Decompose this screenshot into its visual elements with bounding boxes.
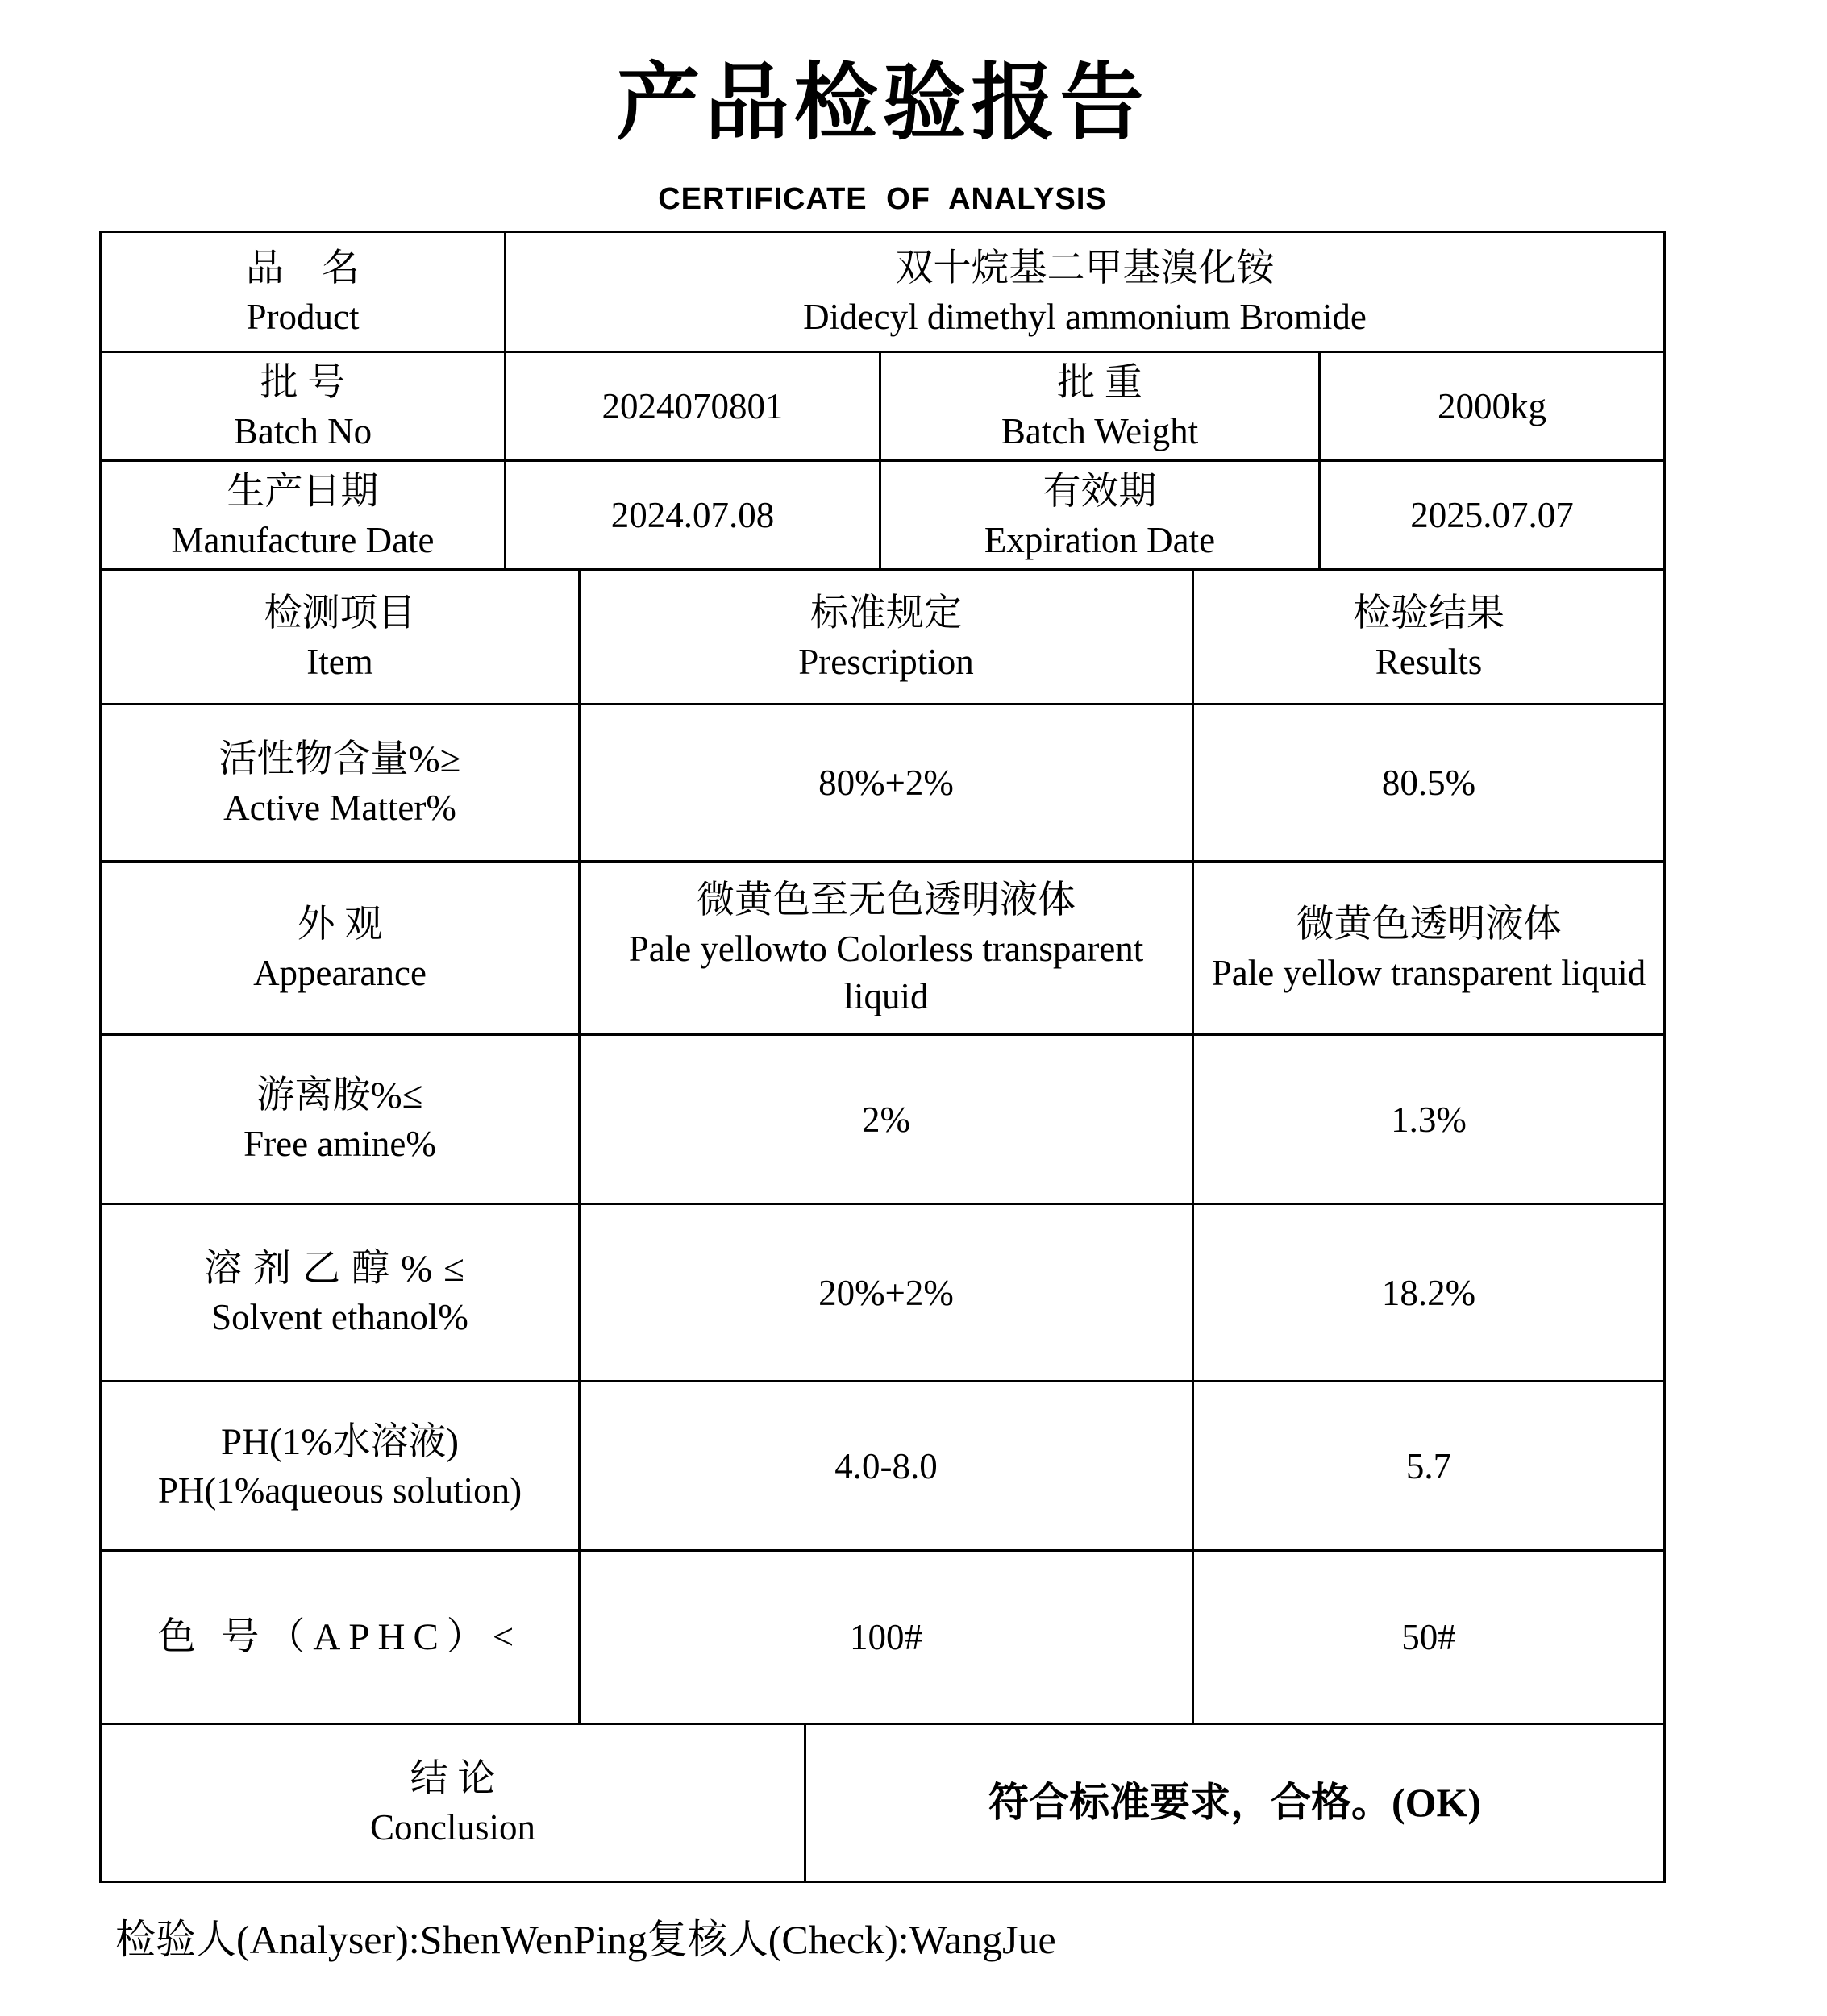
free-amine-label-cell: 游离胺%≤ Free amine% bbox=[102, 1036, 581, 1203]
conclusion-label-cell: 结 论 Conclusion bbox=[102, 1725, 806, 1881]
appearance-label-en: Appearance bbox=[253, 950, 427, 997]
solvent-ethanol-result: 18.2% bbox=[1382, 1270, 1475, 1317]
color-number-label-cell: 色 号（APHC）< bbox=[102, 1552, 581, 1723]
expiration-date-label-zh: 有效期 bbox=[1043, 468, 1157, 517]
certificate-page: 产品检验报告 CERTIFICATE OF ANALYSIS 品 名 Produ… bbox=[0, 0, 1827, 2016]
color-number-result-cell: 50# bbox=[1194, 1552, 1663, 1723]
manufacture-date-label-zh: 生产日期 bbox=[227, 468, 379, 517]
conclusion-value-cell: 符合标准要求，合格。(OK) bbox=[806, 1725, 1663, 1881]
active-matter-label-zh: 活性物含量%≥ bbox=[219, 735, 461, 784]
product-row: 品 名 Product 双十烷基二甲基溴化铵 Didecyl dimethyl … bbox=[102, 233, 1663, 353]
results-header-row: 检测项目 Item 标准规定 Prescription 检验结果 Results bbox=[102, 571, 1663, 705]
active-matter-result-cell: 80.5% bbox=[1194, 705, 1663, 860]
batch-weight-label-cell: 批 重 Batch Weight bbox=[881, 353, 1321, 459]
color-number-row: 色 号（APHC）< 100# 50# bbox=[102, 1552, 1663, 1725]
free-amine-label-zh: 游离胺%≤ bbox=[257, 1071, 423, 1120]
item-header-zh: 检测项目 bbox=[264, 589, 416, 638]
product-value-zh: 双十烷基二甲基溴化铵 bbox=[896, 244, 1275, 293]
product-label-cell: 品 名 Product bbox=[102, 233, 506, 351]
appearance-result-en: Pale yellow transparent liquid bbox=[1212, 950, 1646, 997]
results-header-cell: 检验结果 Results bbox=[1194, 571, 1663, 703]
batch-no-label-en: Batch No bbox=[234, 408, 372, 455]
batch-weight-value-cell: 2000kg bbox=[1321, 353, 1663, 459]
color-number-prescription-cell: 100# bbox=[581, 1552, 1194, 1723]
batch-no-label-zh: 批 号 bbox=[260, 359, 346, 408]
batch-no-value: 2024070801 bbox=[602, 383, 784, 430]
prescription-header-zh: 标准规定 bbox=[810, 589, 962, 638]
appearance-prescription-cell: 微黄色至无色透明液体 Pale yellowto Colorless trans… bbox=[581, 863, 1194, 1033]
product-value-cell: 双十烷基二甲基溴化铵 Didecyl dimethyl ammonium Bro… bbox=[506, 233, 1663, 351]
appearance-prescription-en: Pale yellowto Colorless transparent liqu… bbox=[604, 925, 1168, 1020]
appearance-label-zh: 外 观 bbox=[298, 900, 383, 950]
item-header-en: Item bbox=[306, 638, 372, 686]
manufacture-date-value: 2024.07.08 bbox=[611, 492, 775, 539]
ph-prescription-cell: 4.0-8.0 bbox=[581, 1382, 1194, 1549]
batch-weight-label-zh: 批 重 bbox=[1057, 359, 1142, 408]
ph-prescription: 4.0-8.0 bbox=[834, 1443, 938, 1490]
batch-row: 批 号 Batch No 2024070801 批 重 Batch Weight… bbox=[102, 353, 1663, 462]
conclusion-label-en: Conclusion bbox=[370, 1804, 535, 1852]
solvent-ethanol-result-cell: 18.2% bbox=[1194, 1205, 1663, 1380]
active-matter-prescription-cell: 80%+2% bbox=[581, 705, 1194, 860]
solvent-ethanol-prescription-cell: 20%+2% bbox=[581, 1205, 1194, 1380]
ph-label-en: PH(1%aqueous solution) bbox=[158, 1467, 522, 1515]
color-number-label-zh: 色 号（APHC）< bbox=[158, 1613, 522, 1662]
free-amine-result: 1.3% bbox=[1391, 1096, 1467, 1144]
expiration-date-label-en: Expiration Date bbox=[984, 517, 1215, 564]
signature-line: 检验人(Analyser):ShenWenPing复核人(Check):Wang… bbox=[115, 1915, 1666, 1964]
expiration-date-value: 2025.07.07 bbox=[1410, 492, 1574, 539]
batch-no-label-cell: 批 号 Batch No bbox=[102, 353, 506, 459]
active-matter-result: 80.5% bbox=[1382, 759, 1475, 807]
expiration-date-value-cell: 2025.07.07 bbox=[1321, 462, 1663, 568]
appearance-result-cell: 微黄色透明液体 Pale yellow transparent liquid bbox=[1194, 863, 1663, 1033]
active-matter-label-cell: 活性物含量%≥ Active Matter% bbox=[102, 705, 581, 860]
appearance-label-cell: 外 观 Appearance bbox=[102, 863, 581, 1033]
prescription-header-cell: 标准规定 Prescription bbox=[581, 571, 1194, 703]
solvent-ethanol-label-cell: 溶剂乙醇%≤ Solvent ethanol% bbox=[102, 1205, 581, 1380]
page-subtitle: CERTIFICATE OF ANALYSIS bbox=[99, 181, 1666, 218]
results-header-en: Results bbox=[1375, 638, 1483, 686]
manufacture-date-value-cell: 2024.07.08 bbox=[506, 462, 881, 568]
prescription-header-en: Prescription bbox=[798, 638, 973, 686]
active-matter-row: 活性物含量%≥ Active Matter% 80%+2% 80.5% bbox=[102, 705, 1663, 863]
results-header-zh: 检验结果 bbox=[1353, 589, 1504, 638]
solvent-ethanol-prescription: 20%+2% bbox=[818, 1270, 954, 1317]
batch-no-value-cell: 2024070801 bbox=[506, 353, 881, 459]
ph-result: 5.7 bbox=[1406, 1443, 1451, 1490]
expiration-date-label-cell: 有效期 Expiration Date bbox=[881, 462, 1321, 568]
color-number-prescription: 100# bbox=[850, 1614, 922, 1661]
ph-result-cell: 5.7 bbox=[1194, 1382, 1663, 1549]
appearance-prescription-zh: 微黄色至无色透明液体 bbox=[697, 876, 1076, 925]
product-value-en: Didecyl dimethyl ammonium Bromide bbox=[803, 293, 1367, 341]
coa-table: 品 名 Product 双十烷基二甲基溴化铵 Didecyl dimethyl … bbox=[99, 231, 1666, 1883]
document-body: 产品检验报告 CERTIFICATE OF ANALYSIS 品 名 Produ… bbox=[99, 0, 1666, 1964]
appearance-row: 外 观 Appearance 微黄色至无色透明液体 Pale yellowto … bbox=[102, 863, 1663, 1036]
page-title: 产品检验报告 bbox=[99, 53, 1666, 154]
free-amine-row: 游离胺%≤ Free amine% 2% 1.3% bbox=[102, 1036, 1663, 1205]
conclusion-row: 结 论 Conclusion 符合标准要求，合格。(OK) bbox=[102, 1725, 1663, 1881]
solvent-ethanol-label-zh: 溶剂乙醇%≤ bbox=[204, 1245, 476, 1294]
item-header-cell: 检测项目 Item bbox=[102, 571, 581, 703]
active-matter-prescription: 80%+2% bbox=[818, 759, 954, 807]
active-matter-label-en: Active Matter% bbox=[223, 784, 456, 832]
manufacture-date-label-en: Manufacture Date bbox=[171, 517, 434, 564]
free-amine-prescription-cell: 2% bbox=[581, 1036, 1194, 1203]
product-label-en: Product bbox=[247, 293, 360, 341]
free-amine-prescription: 2% bbox=[862, 1096, 910, 1144]
ph-row: PH(1%水溶液) PH(1%aqueous solution) 4.0-8.0… bbox=[102, 1382, 1663, 1552]
appearance-result-zh: 微黄色透明液体 bbox=[1296, 900, 1562, 950]
batch-weight-label-en: Batch Weight bbox=[1001, 408, 1198, 455]
dates-row: 生产日期 Manufacture Date 2024.07.08 有效期 Exp… bbox=[102, 462, 1663, 571]
free-amine-result-cell: 1.3% bbox=[1194, 1036, 1663, 1203]
ph-label-cell: PH(1%水溶液) PH(1%aqueous solution) bbox=[102, 1382, 581, 1549]
batch-weight-value: 2000kg bbox=[1438, 383, 1546, 430]
conclusion-label-zh: 结 论 bbox=[410, 1755, 496, 1804]
product-label-zh: 品 名 bbox=[246, 244, 360, 293]
color-number-result: 50# bbox=[1401, 1614, 1456, 1661]
conclusion-value: 符合标准要求，合格。(OK) bbox=[988, 1777, 1481, 1829]
free-amine-label-en: Free amine% bbox=[243, 1120, 436, 1168]
solvent-ethanol-label-en: Solvent ethanol% bbox=[211, 1294, 468, 1341]
manufacture-date-label-cell: 生产日期 Manufacture Date bbox=[102, 462, 506, 568]
ph-label-zh: PH(1%水溶液) bbox=[221, 1418, 459, 1467]
solvent-ethanol-row: 溶剂乙醇%≤ Solvent ethanol% 20%+2% 18.2% bbox=[102, 1205, 1663, 1382]
